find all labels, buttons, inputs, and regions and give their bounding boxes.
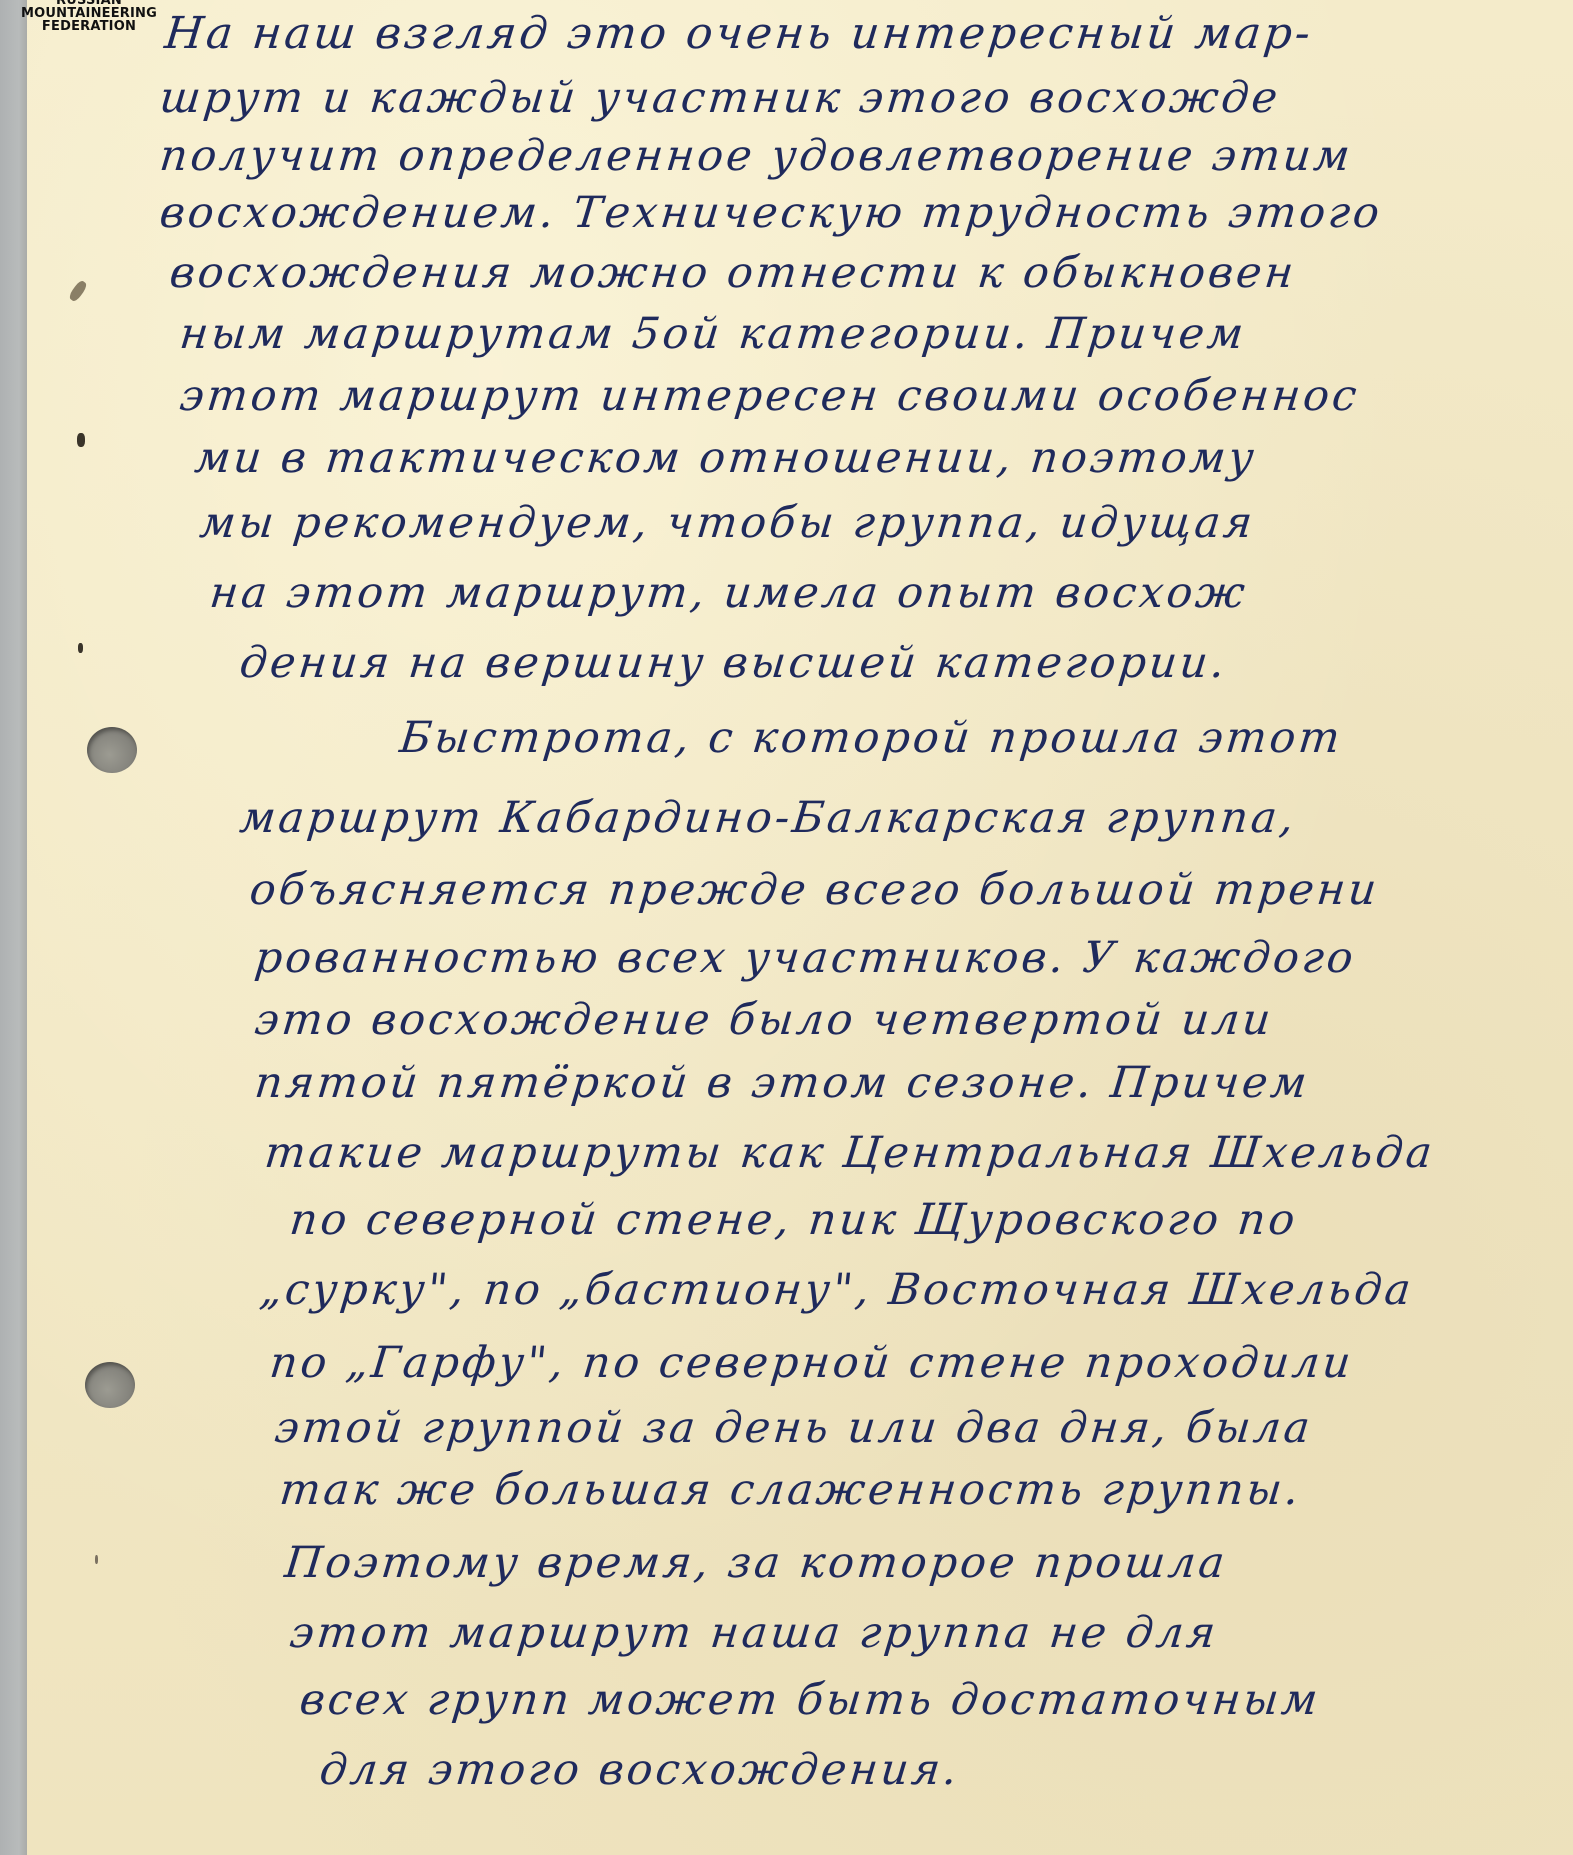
text-line: мы рекомендуем, чтобы группа, идущая <box>197 495 1258 551</box>
text-line: ми в тактическом отношении, поэтому <box>192 430 1259 486</box>
text-line: этой группой за день или два дня, была <box>272 1400 1315 1456</box>
text-line: по северной стене, пик Щуровского по <box>287 1192 1300 1248</box>
text-line: такие маршруты как Центральная Шхельда <box>262 1125 1437 1181</box>
text-line: дения на вершину высшей категории. <box>237 635 1230 691</box>
text-line: шрут и каждый участник этого восхожде <box>157 70 1283 126</box>
text-line: всех групп может быть достаточным <box>297 1672 1323 1728</box>
text-line: для этого восхождения. <box>317 1742 963 1798</box>
text-line: „сурку", по „бастиону", Восточная Шхельд… <box>257 1262 1416 1318</box>
scanner-margin <box>0 0 27 1855</box>
watermark-line: FEDERATION <box>14 20 164 33</box>
text-line: рованностью всех участников. У каждого <box>252 930 1359 986</box>
text-line: восхождением. Техническую трудность этог… <box>157 185 1385 241</box>
ink-speck <box>77 433 85 447</box>
text-line: Быстрота, с которой прошла этот <box>397 710 1345 766</box>
watermark-logo: RUSSIAN MOUNTAINEERING FEDERATION <box>14 0 164 33</box>
text-line: так же большая слаженность группы. <box>277 1462 1304 1518</box>
text-line: на этот маршрут, имела опыт восхож <box>207 565 1250 621</box>
text-line: этот маршрут наша группа не для <box>287 1605 1221 1661</box>
punch-hole-upper <box>87 727 137 773</box>
text-line: На наш взгляд это очень интересный мар- <box>162 6 1316 62</box>
text-line: Поэтому время, за которое прошла <box>282 1535 1230 1591</box>
ink-speck <box>78 643 83 653</box>
text-line: получит определенное удовлетворение этим <box>157 128 1355 184</box>
text-line: маршрут Кабардино-Балкарская группа, <box>237 790 1299 846</box>
punch-hole-lower <box>85 1362 135 1408</box>
ink-speck <box>95 1555 98 1564</box>
text-line: это восхождение было четвертой или <box>252 992 1276 1048</box>
text-line: этот маршрут интересен своими особеннос <box>177 368 1362 424</box>
text-line: по „Гарфу", по северной стене проходили <box>267 1335 1356 1391</box>
paper-tear-mark <box>68 279 89 303</box>
text-line: объясняется прежде всего большой трени <box>247 862 1382 918</box>
text-line: восхождения можно отнести к обыкновен <box>167 245 1299 301</box>
text-line: пятой пятёркой в этом сезоне. Причем <box>252 1055 1312 1111</box>
text-line: ным маршрутам 5ой категории. Причем <box>177 306 1249 362</box>
